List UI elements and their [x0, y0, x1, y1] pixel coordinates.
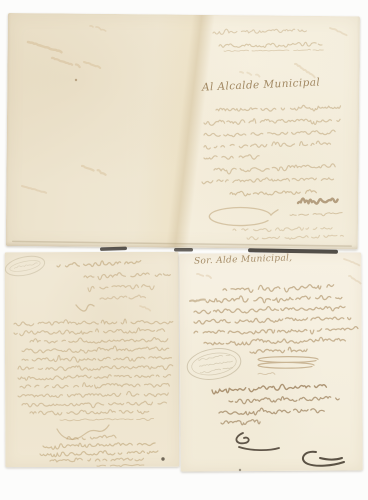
- bottom-left-letter-sheet: [5, 252, 180, 468]
- top-letter-sheet: [6, 13, 360, 249]
- manuscripts-photo: Al Alcalde Municipal Sor. Alde Municipal…: [0, 0, 368, 500]
- bottom-right-letter-sheet: [179, 252, 363, 471]
